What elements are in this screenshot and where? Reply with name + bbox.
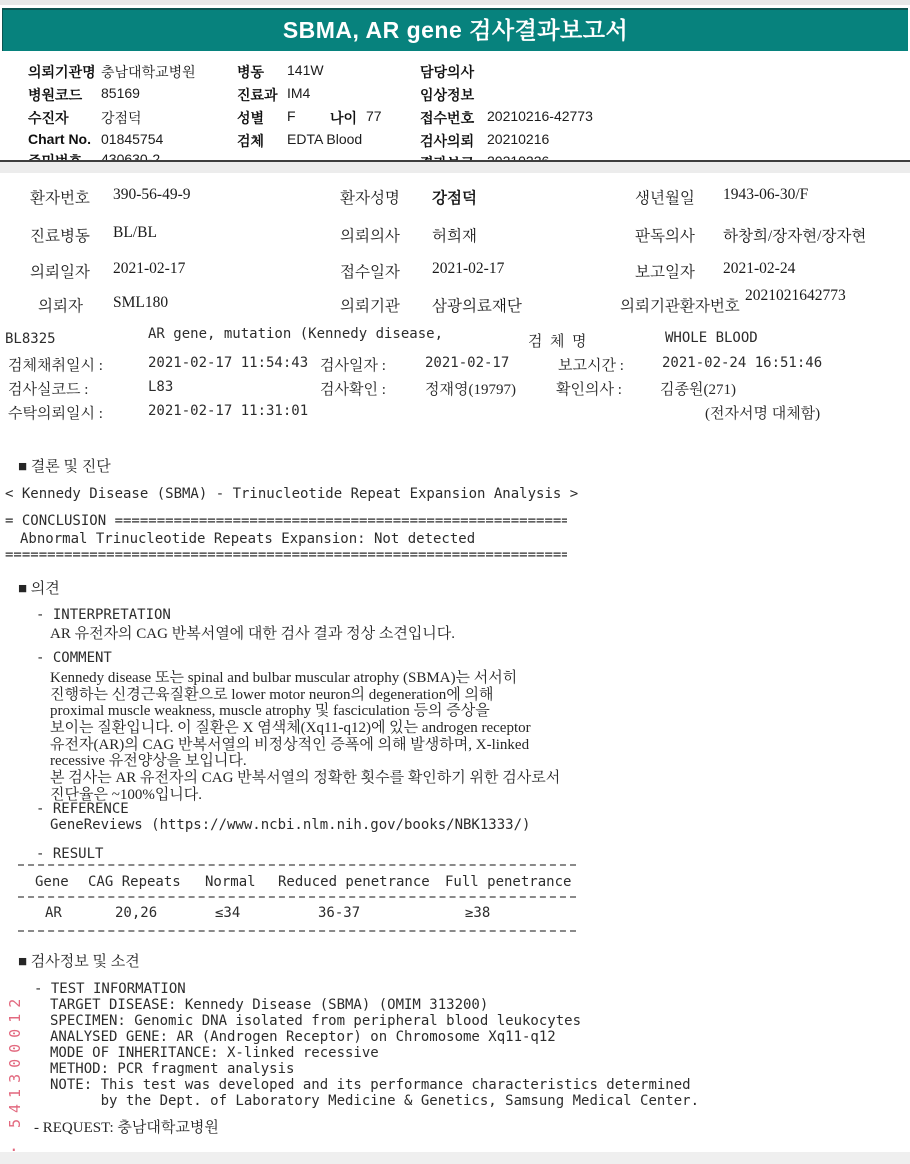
- conclusion-section-title: ■ 결론 및 진단: [18, 455, 111, 476]
- table-rule: [18, 930, 576, 932]
- table-cell: 36-37: [318, 905, 360, 921]
- patient-field-value: 2021-02-17: [113, 260, 185, 278]
- patient-field-label: 의뢰의사: [340, 224, 400, 246]
- test-info-line: NOTE: This test was developed and its pe…: [50, 1077, 691, 1093]
- test-info-line: METHOD: PCR fragment analysis: [50, 1061, 294, 1077]
- request-datetime-value: 2021-02-17 11:31:01: [148, 403, 308, 419]
- interpretation-heading: - INTERPRETATION: [36, 607, 171, 623]
- patient-field-value: 삼광의료재단: [432, 294, 522, 316]
- field-value: 01845754: [101, 131, 163, 147]
- patient-field-label: 판독의사: [635, 224, 695, 246]
- table-col-header: Gene: [35, 874, 69, 890]
- patient-field-value: 2021021642773: [745, 288, 861, 304]
- field-value: 77: [366, 108, 382, 124]
- conclusion-text: Abnormal Trinucleotide Repeats Expansion…: [20, 531, 475, 547]
- field-label: 진료과: [237, 85, 278, 105]
- patient-field-label: 의뢰자: [38, 294, 83, 316]
- verified-label: 검사확인 :: [320, 378, 386, 399]
- patient-field-value: 하창희/장자현/장자현: [723, 224, 866, 246]
- patient-field-label: 환자번호: [30, 186, 90, 208]
- report-time-label: 보고시간 :: [558, 354, 624, 375]
- table-rule: [18, 896, 576, 898]
- confirm-doctor-label: 확인의사 :: [556, 378, 622, 399]
- collected-value: 2021-02-17 11:54:43: [148, 355, 308, 371]
- test-date-label: 검사일자 :: [320, 354, 386, 375]
- field-value: 85169: [101, 85, 140, 101]
- page-bottom-edge: [0, 1152, 910, 1164]
- patient-field-label: 의뢰일자: [30, 260, 90, 282]
- opinion-section-title: ■ 의견: [18, 577, 60, 598]
- patient-field-label: 접수일자: [340, 260, 400, 282]
- conclusion-test-title: < Kennedy Disease (SBMA) - Trinucleotide…: [5, 486, 578, 502]
- test-info-line: MODE OF INHERITANCE: X-linked recessive: [50, 1045, 379, 1061]
- patient-field-label: 보고일자: [635, 260, 695, 282]
- verified-value: 정재영(19797): [425, 378, 516, 399]
- reference-text: GeneReviews (https://www.ncbi.nlm.nih.go…: [50, 817, 530, 833]
- table-col-header: CAG Repeats: [88, 874, 181, 890]
- table-cell: ≥38: [465, 905, 490, 921]
- request-line: - REQUEST: 충남대학교병원: [34, 1116, 219, 1137]
- test-info-line: TARGET DISEASE: Kennedy Disease (SBMA) (…: [50, 997, 488, 1013]
- report-time-value: 2021-02-24 16:51:46: [662, 355, 822, 371]
- patient-field-label: 진료병동: [30, 224, 90, 246]
- field-label: 수진자: [28, 108, 69, 128]
- field-label: 담당의사: [420, 62, 474, 82]
- test-info-line: by the Dept. of Laboratory Medicine & Ge…: [50, 1093, 699, 1109]
- field-label: 병동: [237, 62, 264, 82]
- header-divider-band: [0, 162, 910, 173]
- patient-field-value: 허희재: [432, 224, 477, 246]
- field-value: 강점덕: [101, 108, 142, 128]
- table-cell: AR: [45, 905, 62, 921]
- patient-field-label: 환자성명: [340, 186, 400, 208]
- report-title-bar: SBMA, AR gene 검사결과보고서: [2, 8, 908, 51]
- reference-heading: - REFERENCE: [36, 801, 129, 817]
- specimen-label: 검 체 명: [528, 330, 586, 351]
- patient-field-value: 1943-06-30/F: [723, 186, 808, 204]
- conclusion-rule-bottom: ========================================…: [5, 547, 567, 563]
- test-info-line: ANALYSED GENE: AR (Androgen Receptor) on…: [50, 1029, 556, 1045]
- field-value: 20210216: [487, 131, 549, 147]
- patient-field-value: 2021-02-24: [723, 260, 795, 278]
- test-date-value: 2021-02-17: [425, 355, 509, 371]
- field-label: 임상정보: [420, 85, 474, 105]
- page-top-edge: [0, 0, 910, 5]
- patient-field-label: 의뢰기관: [340, 294, 400, 316]
- specimen-value: WHOLE BLOOD: [665, 330, 758, 346]
- specimen-barcode-number: 541300012: [6, 993, 24, 1128]
- field-value: IM4: [287, 85, 310, 101]
- esign-note: (전자서명 대체함): [705, 402, 820, 423]
- field-value: F: [287, 108, 296, 124]
- table-rule: [18, 864, 576, 866]
- lab-code-value: L83: [148, 379, 173, 395]
- table-cell: 20,26: [115, 905, 157, 921]
- test-info-heading: - TEST INFORMATION: [34, 981, 186, 997]
- field-label: 성별: [237, 108, 264, 128]
- field-label: 나이: [330, 108, 357, 128]
- patient-field-label: 의뢰기관환자번호: [620, 294, 740, 316]
- collected-label: 검체채취일시 :: [8, 354, 103, 375]
- interpretation-text: AR 유전자의 CAG 반복서열에 대한 검사 결과 정상 소견입니다.: [50, 622, 455, 643]
- test-info-line: SPECIMEN: Genomic DNA isolated from peri…: [50, 1013, 581, 1029]
- patient-field-value: 2021-02-17: [432, 260, 504, 278]
- patient-field-label: 생년월일: [635, 186, 695, 208]
- table-col-header: Reduced penetrance: [278, 874, 430, 890]
- field-value: 141W: [287, 62, 324, 78]
- table-col-header: Normal: [205, 874, 256, 890]
- test-info-section-title: ■ 검사정보 및 소견: [18, 950, 140, 971]
- report-title: SBMA, AR gene 검사결과보고서: [3, 10, 908, 51]
- request-datetime-label: 수탁의뢰일시 :: [8, 402, 103, 423]
- lab-code-label: 검사실코드 :: [8, 378, 88, 399]
- patient-name: 강점덕: [432, 186, 477, 208]
- order-test-name: AR gene, mutation (Kennedy disease,: [148, 326, 443, 342]
- table-col-header: Full penetrance: [445, 874, 571, 890]
- confirm-doctor-value: 김종원(271): [660, 378, 736, 399]
- report-page: SBMA, AR gene 검사결과보고서 의뢰기관명 충남대학교병원 병원코드…: [0, 0, 910, 1164]
- result-table: Gene CAG Repeats Normal Reduced penetran…: [18, 862, 576, 936]
- patient-field-value: BL/BL: [113, 224, 157, 242]
- field-label: Chart No.: [28, 131, 91, 147]
- field-label: 검사의뢰: [420, 131, 474, 151]
- field-label: 접수번호: [420, 108, 474, 128]
- comment-heading: - COMMENT: [36, 650, 112, 666]
- field-value: 20210216-42773: [487, 108, 593, 124]
- field-label: 병원코드: [28, 85, 82, 105]
- conclusion-rule-top: = CONCLUSION ===========================…: [5, 513, 567, 529]
- patient-field-value: SML180: [113, 294, 168, 312]
- field-value: EDTA Blood: [287, 131, 362, 147]
- patient-field-value: 390-56-49-9: [113, 186, 191, 204]
- table-cell: ≤34: [215, 905, 240, 921]
- field-value: 충남대학교병원: [101, 62, 196, 82]
- field-label: 의뢰기관명: [28, 62, 96, 82]
- field-label: 검체: [237, 131, 264, 151]
- order-code: BL8325: [5, 331, 56, 347]
- result-heading: - RESULT: [36, 846, 103, 862]
